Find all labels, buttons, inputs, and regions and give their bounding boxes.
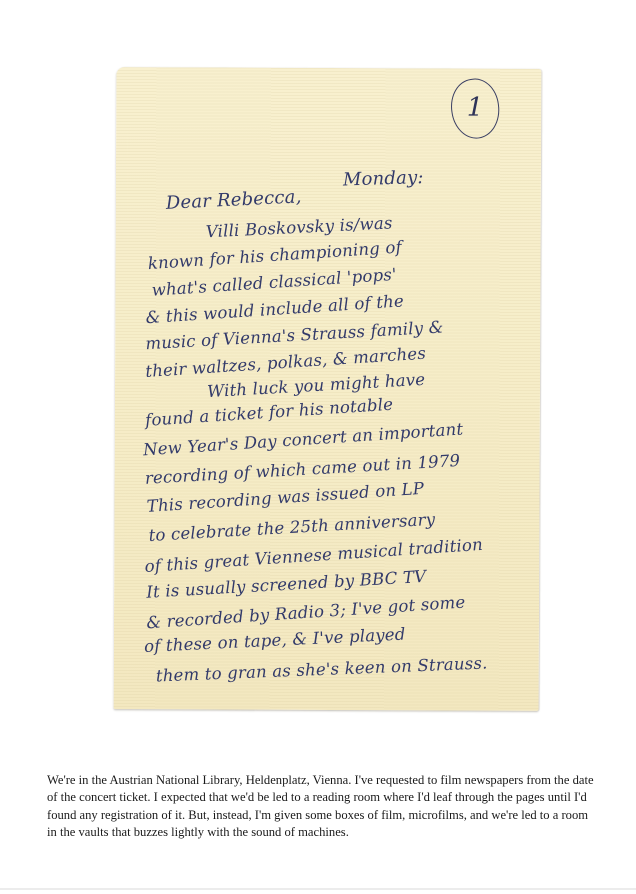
letter-line: Villi Boskovsky is/was (205, 213, 393, 241)
letter-line: found a ticket for his notable (145, 395, 394, 430)
page-bottom-divider (0, 888, 636, 890)
document-page: 1 Monday: Dear Rebecca, Villi Boskovsky … (0, 0, 636, 894)
letter-greeting: Dear Rebecca, (165, 186, 302, 213)
letter-content: 1 Monday: Dear Rebecca, Villi Boskovsky … (114, 67, 542, 711)
letter-date: Monday: (343, 167, 424, 190)
letter-line: to celebrate the 25th anniversary (148, 510, 436, 545)
letter-line: them to gran as she's keen on Strauss. (156, 653, 488, 685)
caption-paragraph: We're in the Austrian National Library, … (47, 772, 595, 842)
handwritten-letter: 1 Monday: Dear Rebecca, Villi Boskovsky … (114, 67, 542, 711)
circled-page-number: 1 (447, 76, 503, 142)
page-number-text: 1 (452, 93, 498, 123)
